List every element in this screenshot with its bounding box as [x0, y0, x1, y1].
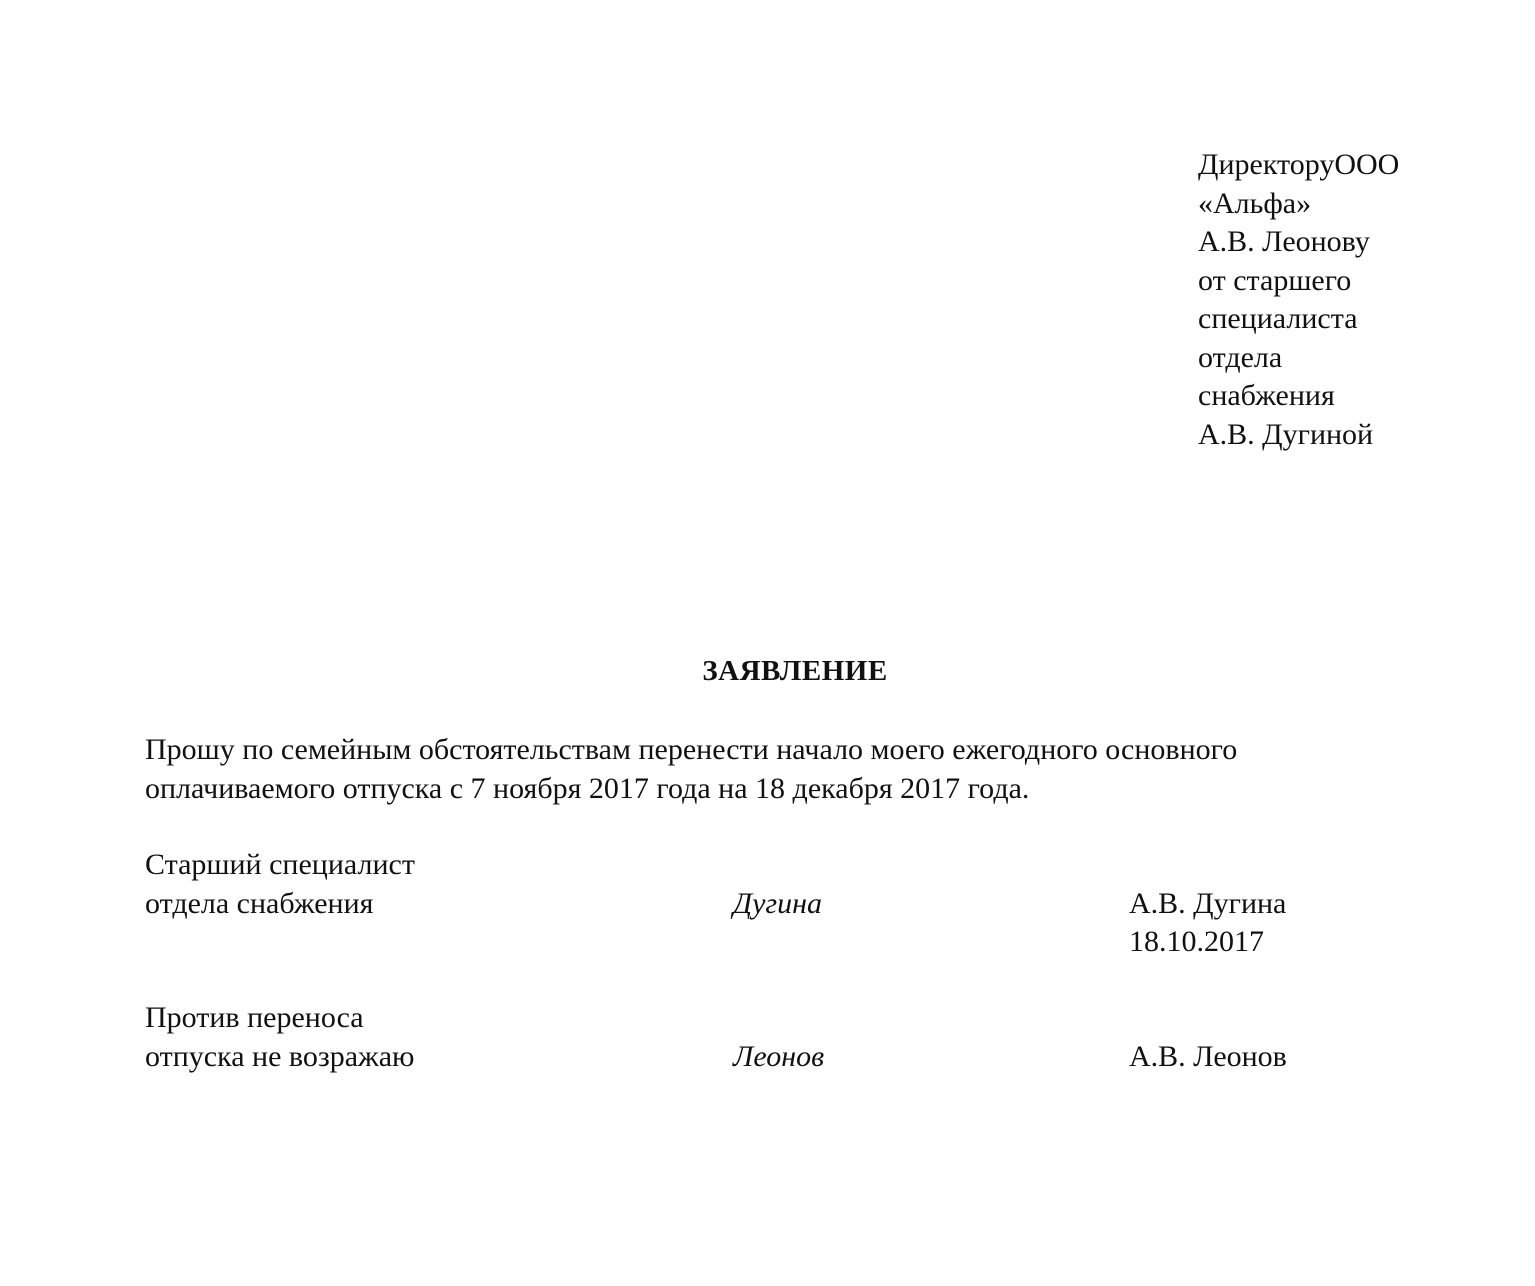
addressee-line: снабжения — [1198, 377, 1399, 416]
approver-name: А.В. Леонов — [1129, 1038, 1287, 1077]
addressee-block: ДиректоруООО «Альфа» А.В. Леонову от ста… — [1198, 146, 1399, 454]
body-line: оплачиваемого отпуска с 7 ноября 2017 го… — [145, 770, 1405, 809]
applicant-signature: Дугина — [733, 885, 822, 924]
addressee-line: ДиректоруООО — [1198, 146, 1399, 185]
document-title: ЗАЯВЛЕНИЕ — [0, 655, 1535, 688]
applicant-name: А.В. Дугина — [1129, 885, 1286, 924]
request-body: Прошу по семейным обстоятельствам перене… — [145, 731, 1405, 808]
addressee-line: специалиста — [1198, 300, 1399, 339]
approval-text: Против переноса — [145, 999, 364, 1038]
addressee-line: А.В. Дугиной — [1198, 416, 1399, 455]
body-line: Прошу по семейным обстоятельствам перене… — [145, 731, 1405, 770]
addressee-line: от старшего — [1198, 262, 1399, 301]
document-page: ДиректоруООО «Альфа» А.В. Леонову от ста… — [0, 0, 1535, 1286]
addressee-line: «Альфа» — [1198, 185, 1399, 224]
applicant-date: 18.10.2017 — [1129, 923, 1264, 962]
addressee-line: А.В. Леонову — [1198, 223, 1399, 262]
applicant-department: отдела снабжения — [145, 885, 373, 924]
addressee-line: отдела — [1198, 339, 1399, 378]
applicant-signature-block: Старший специалист отдела снабжения Дуги… — [145, 846, 1395, 962]
approval-text: отпуска не возражаю — [145, 1038, 414, 1077]
approval-signature-block: Против переноса отпуска не возражаю Леон… — [145, 999, 1395, 1076]
approver-signature: Леонов — [733, 1038, 824, 1077]
applicant-position: Старший специалист — [145, 846, 415, 885]
